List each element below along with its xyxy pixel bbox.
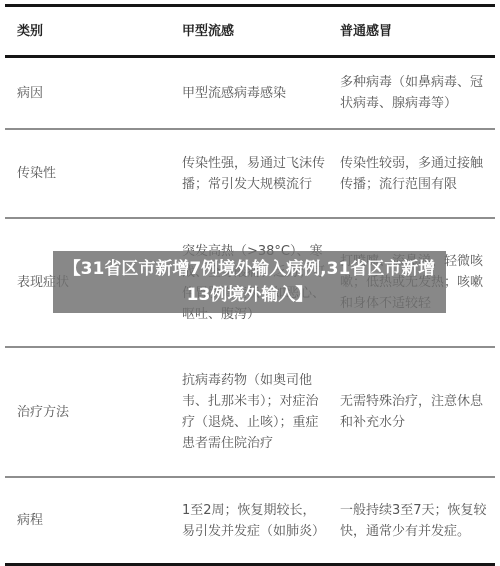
headline-text: 【31省区市新增7例境外输入病例,31省区市新增13例境外输入】 — [59, 256, 440, 308]
row-common-cold: 无需特殊治疗，注意休息和补充水分 — [333, 391, 495, 433]
table-row: 病因 甲型流感病毒感染 多种病毒（如鼻病毒、冠状病毒、腺病毒等） — [5, 58, 495, 128]
table-row: 治疗方法 抗病毒药物（如奥司他韦、扎那米韦）；对症治疗（退烧、止咳）；重症患者需… — [5, 348, 495, 476]
header-category: 类别 — [5, 21, 175, 42]
header-common-cold: 普通感冒 — [333, 21, 495, 42]
header-flu-a: 甲型流感 — [175, 21, 333, 42]
table-header-row: 类别 甲型流感 普通感冒 — [5, 7, 495, 55]
row-category: 治疗方法 — [5, 402, 175, 423]
row-flu-a: 传染性强，易通过飞沫传播；常引发大规模流行 — [175, 153, 333, 195]
table-row: 传染性 传染性强，易通过飞沫传播；常引发大规模流行 传染性较弱，多通过接触传播；… — [5, 130, 495, 217]
row-flu-a: 甲型流感病毒感染 — [175, 83, 333, 104]
headline-overlay-banner: 【31省区市新增7例境外输入病例,31省区市新增13例境外输入】 — [53, 251, 446, 313]
row-flu-a: 1至2周；恢复期较长，易引发并发症（如肺炎） — [175, 500, 333, 542]
row-common-cold: 一般持续3至7天；恢复较快，通常少有并发症。 — [333, 500, 495, 542]
row-category: 传染性 — [5, 163, 175, 184]
row-category: 病程 — [5, 510, 175, 531]
table-row: 病程 1至2周；恢复期较长，易引发并发症（如肺炎） 一般持续3至7天；恢复较快，… — [5, 478, 495, 563]
row-common-cold: 传染性较弱，多通过接触传播；流行范围有限 — [333, 153, 495, 195]
row-category: 病因 — [5, 83, 175, 104]
row-flu-a: 抗病毒药物（如奥司他韦、扎那米韦）；对症治疗（退烧、止咳）；重症患者需住院治疗 — [175, 370, 333, 454]
row-common-cold: 多种病毒（如鼻病毒、冠状病毒、腺病毒等） — [333, 72, 495, 114]
